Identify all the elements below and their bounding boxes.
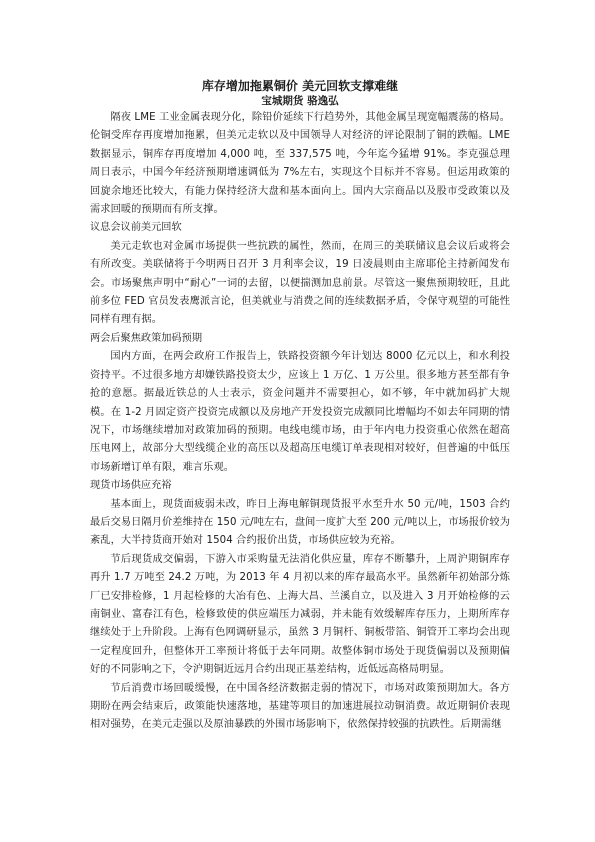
paragraph-intro: 隔夜 LME 工业金属表现分化，除铅价延续下行趋势外，其他金属呈现宽幅震荡的格局… <box>90 109 510 219</box>
document-title: 库存增加拖累铜价 美元回软支撑难继 <box>90 78 510 94</box>
section-heading-spot-market: 现货市场供应充裕 <box>90 477 510 495</box>
document-page: 库存增加拖累铜价 美元回软支撑难继 宝城期货 骆逸弘 隔夜 LME 工业金属表现… <box>90 78 510 735</box>
paragraph-policy: 国内方面，在两会政府工作报告上，铁路投资额今年计划达 8000 亿元以上，和水利… <box>90 348 510 477</box>
paragraph-spot-1: 基本面上，现货面疲弱未改，昨日上海电解铜现货报平水至升水 50 元/吨，1503… <box>90 496 510 551</box>
section-heading-policy: 两会后聚焦政策加码预期 <box>90 330 510 348</box>
section-heading-fed-meeting: 议息会议前美元回软 <box>90 219 510 237</box>
document-author: 宝城期货 骆逸弘 <box>90 94 510 109</box>
paragraph-spot-2: 节后现货成交偏弱，下游入市采购量无法消化供应量，库存不断攀升，上周沪期铜库存再升… <box>90 551 510 680</box>
paragraph-spot-3: 节后消费市场回暖缓慢，在中国各经济数据走弱的情况下，市场对政策预期加大。各方期盼… <box>90 680 510 735</box>
paragraph-fed-meeting: 美元走软也对金属市场提供一些抗跌的属性，然而，在周三的美联储议息会议后或将会有所… <box>90 238 510 330</box>
